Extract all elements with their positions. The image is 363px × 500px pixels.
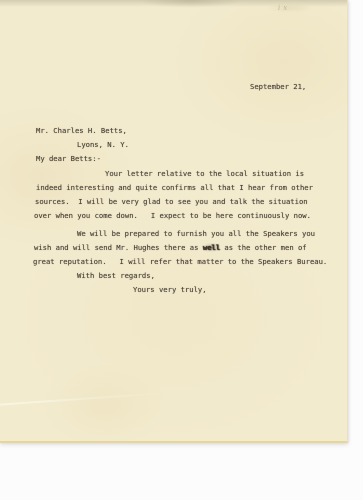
body-para2-line3: great reputation. I will refer that matt… xyxy=(33,258,327,265)
paper-crease xyxy=(0,392,170,407)
letter-paper: ix September 21, Mr. Charles H. Betts, L… xyxy=(0,0,348,443)
date-line: September 21, xyxy=(250,83,306,90)
recipient-name-line: Mr. Charles H. Betts, xyxy=(36,127,127,134)
body-para1-line2: indeed interesting and quite confirms al… xyxy=(36,184,313,191)
pencil-mark: ix xyxy=(278,4,290,12)
body-text-segment: as the other men of xyxy=(220,243,307,252)
closing-line: With best regards, xyxy=(77,272,155,279)
body-para2-line2: wish and will send Mr. Hughes there as w… xyxy=(34,244,307,251)
body-text-segment: wish and will send Mr. Hughes there as xyxy=(34,243,203,252)
body-para1-line1: Your letter relative to the local situat… xyxy=(105,170,304,177)
salutation-line: My dear Betts:- xyxy=(36,155,101,162)
recipient-city-line: Lyons, N. Y. xyxy=(77,141,129,148)
signoff-line: Yours very truly, xyxy=(133,286,207,293)
body-para1-line3: sources. I will be very glad to see you … xyxy=(35,198,308,205)
body-para1-line4: over when you come down. I expect to be … xyxy=(34,212,311,219)
smudged-word: well xyxy=(203,243,220,252)
scanned-letter-page: ix September 21, Mr. Charles H. Betts, L… xyxy=(0,0,363,500)
body-para2-line1: We will be prepared to furnish you all t… xyxy=(77,230,315,237)
